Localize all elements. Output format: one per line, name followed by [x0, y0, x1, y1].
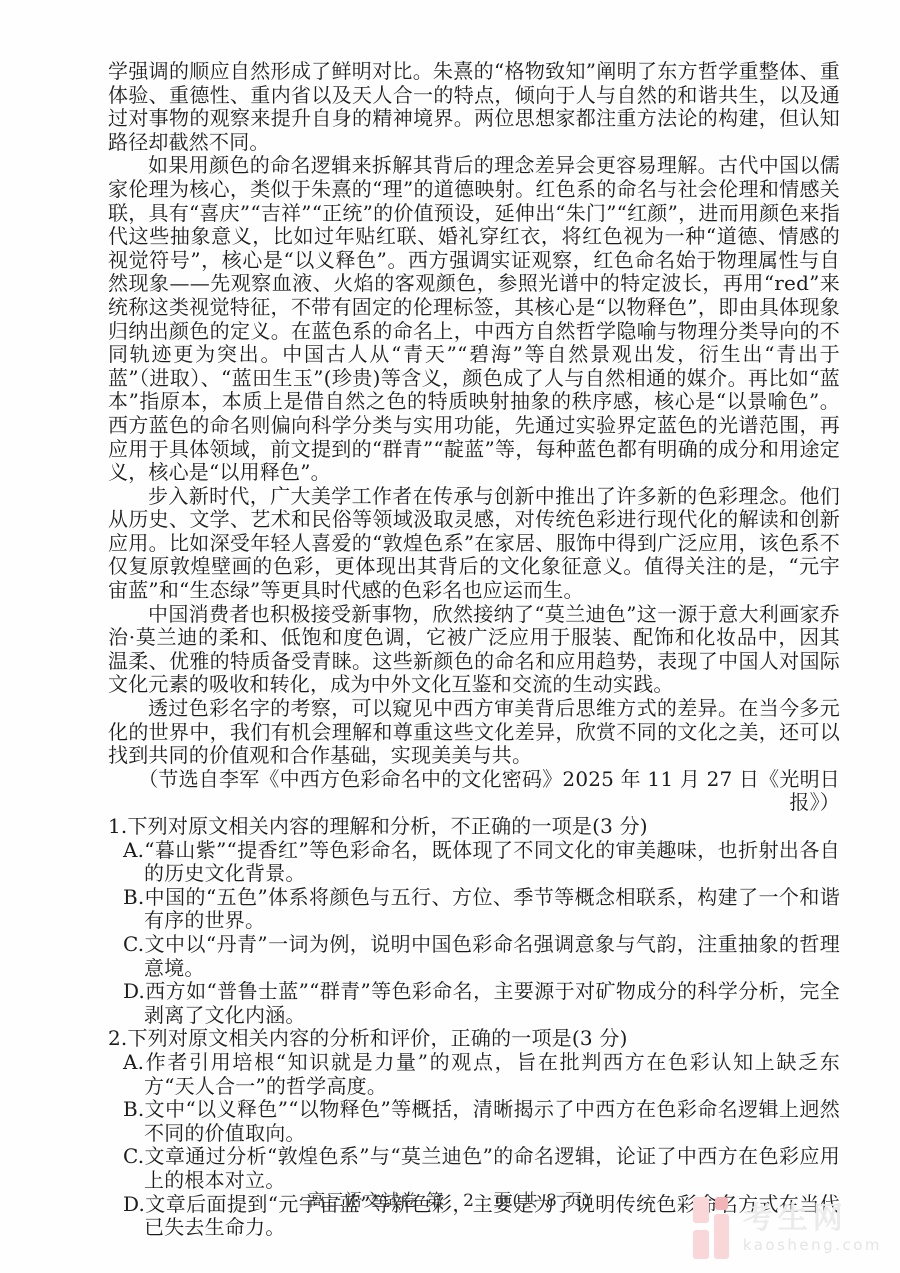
passage-paragraph: 如果用颜色的命名逻辑来拆解其背后的理念差异会更容易理解。古代中国以儒家伦理为核心… — [108, 154, 840, 484]
logo-block — [715, 1197, 728, 1210]
question-1-option-a: A.“暮山紫”“提香红”等色彩命名，既体现了不同文化的审美趣味，也折射出各自的历… — [108, 839, 840, 886]
exam-content: 学强调的顺应自然形成了鲜明对比。朱熹的“格物致知”阐明了东方哲学重整体、重体验、… — [108, 60, 840, 1240]
question-1-option-d: D.西方如“普鲁士蓝”“群青”等色彩命名，主要源于对矿物成分的科学分析，完全剥离… — [108, 980, 840, 1027]
question-1-stem: 1.下列对原文相关内容的理解和分析，不正确的一项是(3 分) — [108, 815, 840, 839]
exam-page: 学强调的顺应自然形成了鲜明对比。朱熹的“格物致知”阐明了东方哲学重整体、重体验、… — [0, 0, 900, 1273]
question-1-option-c: C.文中以“丹青”一词为例，说明中国色彩命名强调意象与气韵，注重抽象的哲理意境。 — [108, 933, 840, 980]
logo-block — [693, 1230, 709, 1259]
passage-paragraph: 透过色彩名字的考察，可以窥见中西方审美背后思维方式的差异。在当今多元化的世界中，… — [108, 697, 840, 768]
watermark-site-name: 考生网 — [743, 1204, 882, 1234]
logo-block — [714, 1214, 729, 1259]
question-2-option-b: B.文中“以义释色”“以物释色”等概括，清晰揭示了中西方在色彩命名逻辑上迥然不同… — [108, 1098, 840, 1145]
question-2-option-a: A.作者引用培根“知识就是力量”的观点，旨在批判西方在色彩认知上缺乏东方“天人合… — [108, 1051, 840, 1098]
question-1: 1.下列对原文相关内容的理解和分析，不正确的一项是(3 分) A.“暮山紫”“提… — [108, 815, 840, 1027]
passage-paragraph: 步入新时代，广大美学工作者在传承与创新中推出了许多新的色彩理念。他们从历史、文学… — [108, 485, 840, 603]
kaosheng-logo-icon — [693, 1197, 731, 1259]
question-2-stem: 2.下列对原文相关内容的分析和评价，正确的一项是(3 分) — [108, 1027, 840, 1051]
question-1-option-b: B.中国的“五色”体系将颜色与五行、方位、季节等概念相联系，构建了一个和谐有序的… — [108, 886, 840, 933]
kaosheng-logo-text: 考生网 kaosheng.com — [743, 1204, 882, 1253]
passage-attribution: （节选自李军《中西方色彩命名中的文化密码》2025 年 11 月 27 日《光明… — [108, 768, 840, 815]
watermark-site-domain: kaosheng.com — [743, 1238, 882, 1253]
passage-paragraph-continued: 学强调的顺应自然形成了鲜明对比。朱熹的“格物致知”阐明了东方哲学重整体、重体验、… — [108, 60, 840, 154]
logo-block — [693, 1197, 709, 1223]
passage-paragraph: 中国消费者也积极接受新事物，欣然接纳了“莫兰迪色”这一源于意大利画家乔治·莫兰迪… — [108, 603, 840, 697]
kaosheng-watermark: 考生网 kaosheng.com — [693, 1197, 882, 1259]
